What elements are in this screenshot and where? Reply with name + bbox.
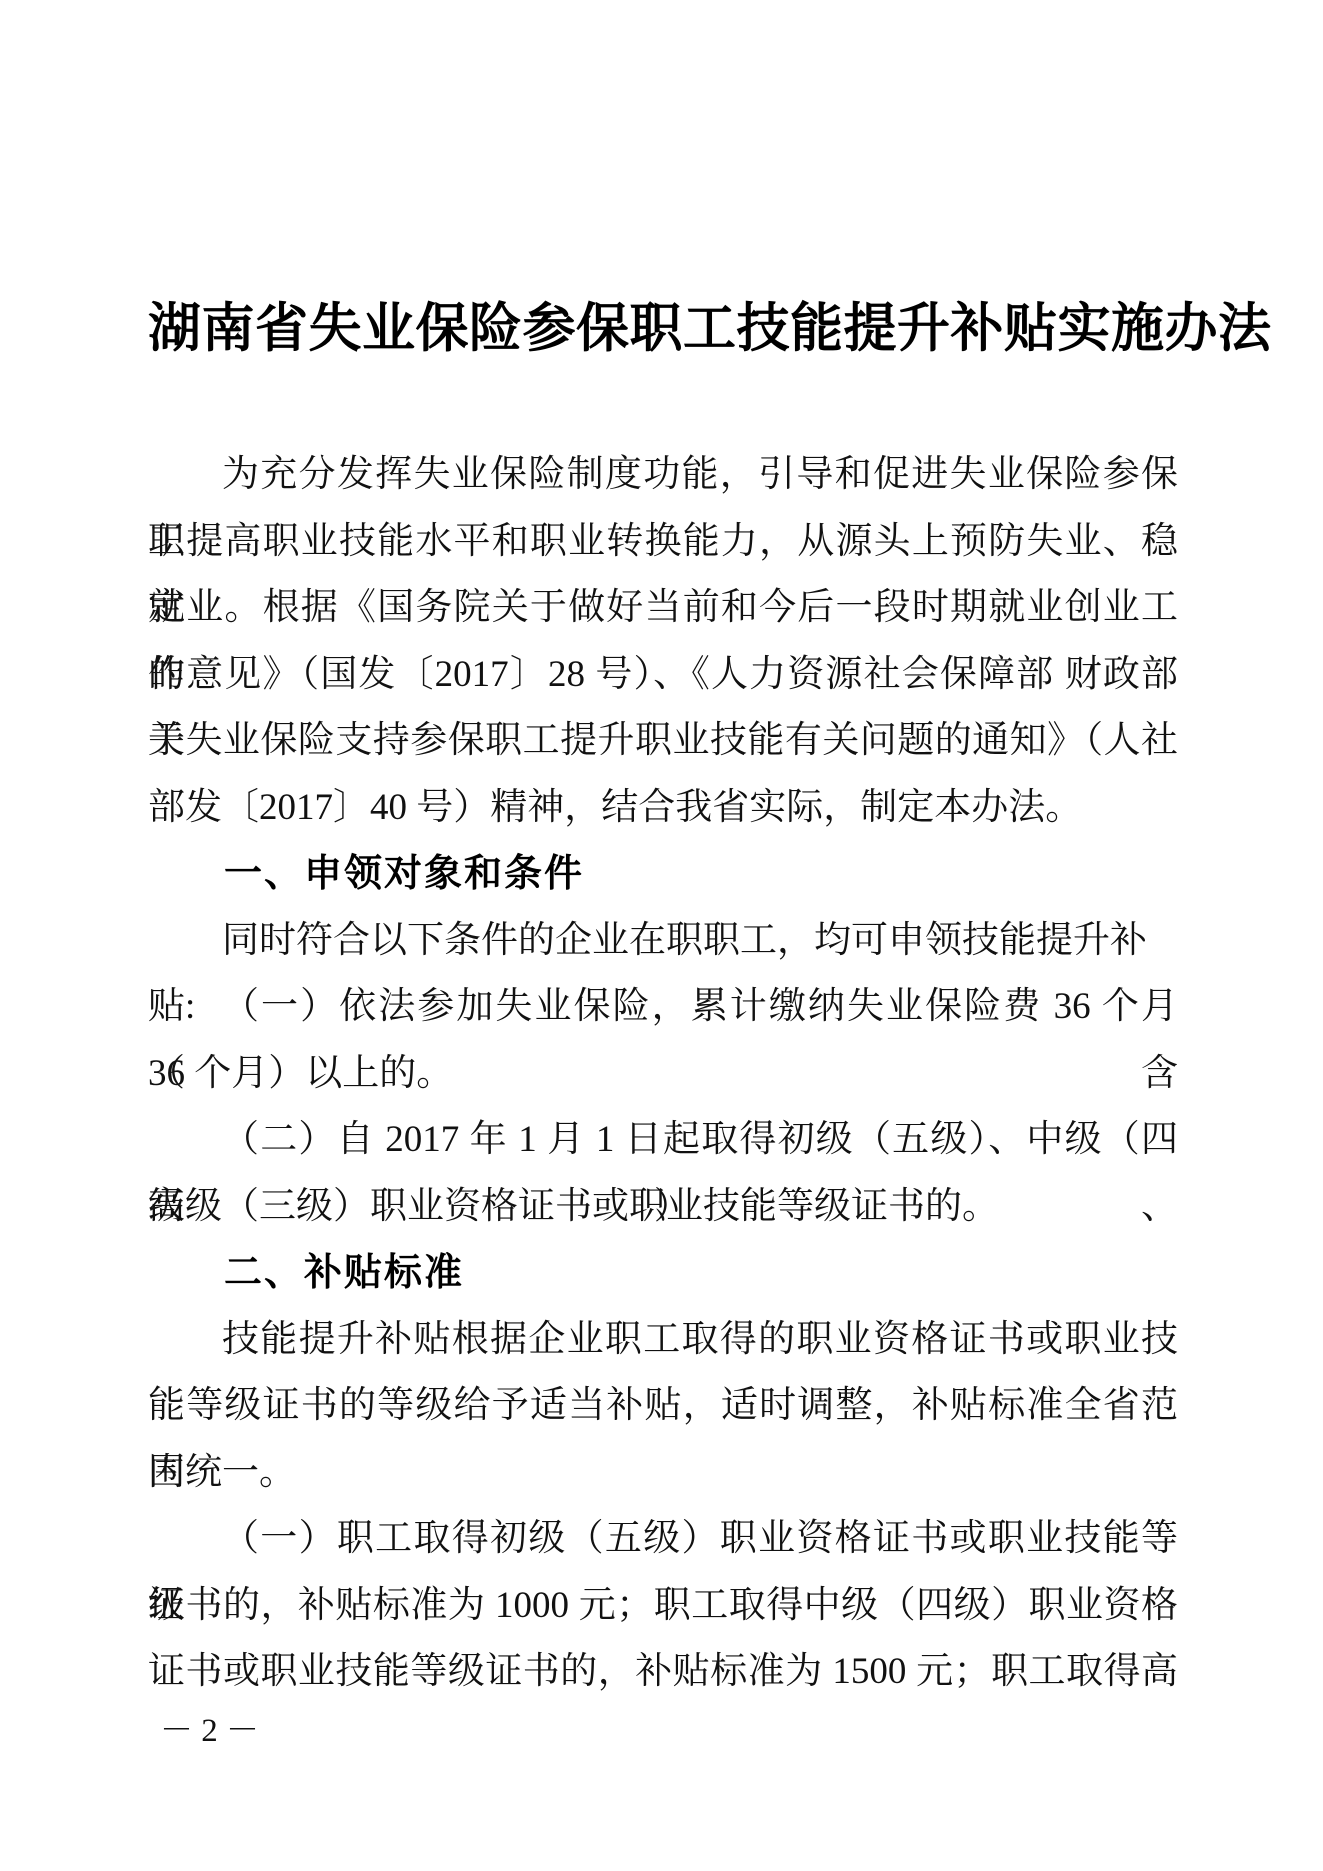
text-line: （一）职工取得初级（五级）职业资格证书或职业技能等级 [148, 1506, 1178, 1573]
document-page: 湖南省失业保险参保职工技能提升补贴实施办法 为充分发挥失业保险制度功能，引导和促… [0, 0, 1323, 1871]
text-line: 工提高职业技能水平和职业转换能力，从源头上预防失业、稳定 [148, 509, 1178, 576]
text-line: 内统一。 [148, 1440, 1178, 1507]
page-number: － 2 － [160, 1711, 259, 1751]
text-line: 技能提升补贴根据企业职工取得的职业资格证书或职业技 [148, 1307, 1178, 1374]
text-line: 能等级证书的等级给予适当补贴，适时调整，补贴标准全省范围 [148, 1373, 1178, 1440]
text-line: 证书的，补贴标准为 1000 元；职工取得中级（四级）职业资格 [148, 1573, 1178, 1640]
section-heading-1: 一、申领对象和条件 [148, 841, 1178, 908]
text-line: 证书或职业技能等级证书的，补贴标准为 1500 元；职工取得高 [148, 1639, 1178, 1706]
document-body: 为充分发挥失业保险制度功能，引导和促进失业保险参保职 工提高职业技能水平和职业转… [148, 442, 1178, 1706]
text-line: 就业。根据《国务院关于做好当前和今后一段时期就业创业工作 [148, 575, 1178, 642]
document-title: 湖南省失业保险参保职工技能提升补贴实施办法 [148, 296, 1178, 362]
text-line: （一）依法参加失业保险，累计缴纳失业保险费 36 个月（含 [148, 974, 1178, 1041]
text-line: 同时符合以下条件的企业在职职工，均可申领技能提升补贴: [148, 908, 1178, 975]
text-line: 于失业保险支持参保职工提升职业技能有关问题的通知》（人社 [148, 708, 1178, 775]
text-line: 的意见》（国发〔2017〕28 号）、《人力资源社会保障部 财政部关 [148, 642, 1178, 709]
section-heading-2: 二、补贴标准 [148, 1240, 1178, 1307]
text-line: 部发〔2017〕40 号）精神，结合我省实际，制定本办法。 [148, 775, 1178, 842]
text-line: （二）自 2017 年 1 月 1 日起取得初级（五级）、中级（四级）、 [148, 1107, 1178, 1174]
text-line: 为充分发挥失业保险制度功能，引导和促进失业保险参保职 [148, 442, 1178, 509]
